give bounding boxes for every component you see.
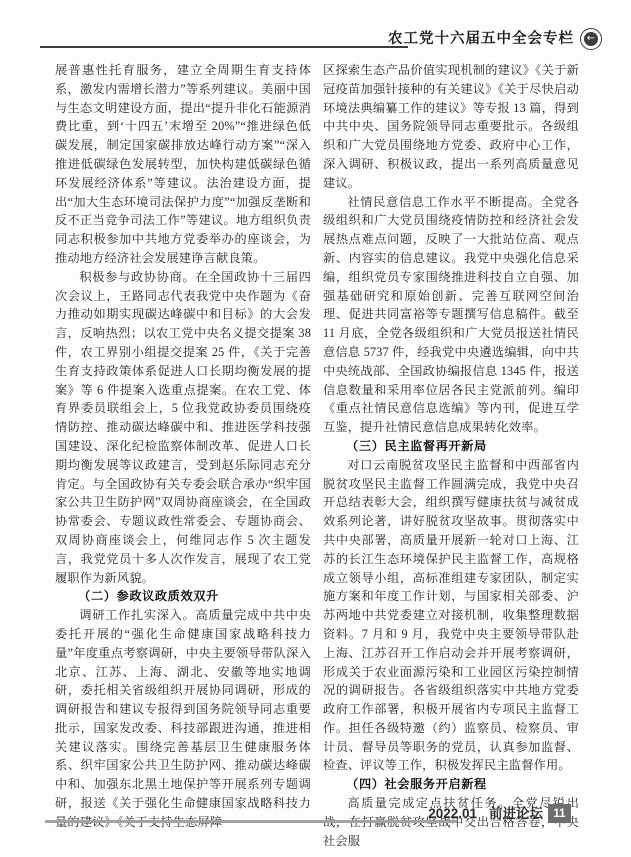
article-body: 展普惠性托育服务，建立全周期生育支持体系，激发内需增长潜力”等系列建议。美丽中国… (55, 61, 579, 850)
page-number-badge: 11 (548, 804, 571, 823)
section-heading: （三）民主监督再开新局 (323, 437, 579, 456)
paragraph: 积极参与政协协商。在全国政协十三届四次会议上，王路同志代表我党中央作题为《奋力推… (55, 268, 311, 588)
journal-name: 前进论坛 (489, 806, 543, 821)
paragraph: 区探索生态产品价值实现机制的建议》《关于新冠疫苗加强针接种的有关建议》《关于尽快… (323, 61, 579, 193)
footer-journal-info: 2022.01前进论坛 (428, 802, 543, 822)
left-arrow-glyph: ← (584, 32, 598, 46)
footer-divider (45, 820, 457, 823)
left-column: 展普惠性托育服务，建立全周期生育支持体系，激发内需增长潜力”等系列建议。美丽中国… (55, 61, 311, 850)
paragraph: 展普惠性托育服务，建立全周期生育支持体系，激发内需增长潜力”等系列建议。美丽中国… (55, 61, 311, 268)
section-heading: （二）参政议政质效双升 (55, 587, 311, 606)
paragraph: 调研工作扎实深入。高质量完成中共中央委托开展的“强化生命健康国家战略科技力量”年… (55, 606, 311, 832)
circle-left-arrow-icon: ← (580, 28, 602, 50)
issue-date: 2022.01 (428, 806, 477, 821)
header-divider (40, 46, 408, 48)
section-heading: （四）社会服务开启新程 (323, 775, 579, 794)
column-title: 农工党十六届五中全会专栏 (388, 27, 574, 48)
paragraph: 社情民意信息工作水平不断提高。全党各级组织和广大党员围绕疫情防控和经济社会发展热… (323, 193, 579, 437)
paragraph: 对口云南脱贫攻坚民主监督和中西部省内脱贫攻坚民主监督工作圆满完成，我党中央召开总… (323, 456, 579, 776)
journal-page: 农工党十六届五中全会专栏 ← 展普惠性托育服务，建立全周期生育支持体系，激发内需… (0, 0, 631, 857)
right-column: 区探索生态产品价值实现机制的建议》《关于新冠疫苗加强针接种的有关建议》《关于尽快… (323, 61, 579, 850)
